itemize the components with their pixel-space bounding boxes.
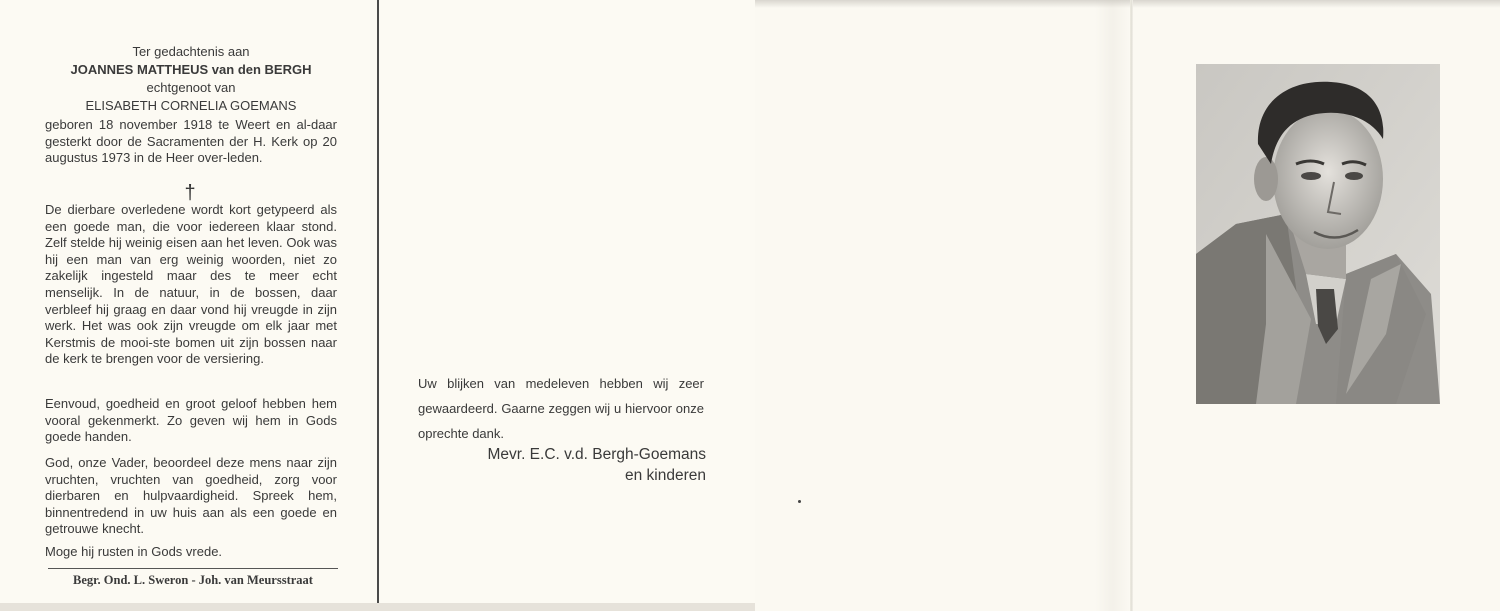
scan-edge-strip — [0, 603, 755, 611]
header-intro: Ter gedachtenis aan — [45, 43, 337, 61]
signature: Mevr. E.C. v.d. Bergh-Goemans en kindere… — [420, 444, 706, 486]
paper-fold — [1130, 0, 1133, 611]
printer-divider — [48, 568, 338, 569]
portrait-photo — [1196, 64, 1440, 404]
virtues-paragraph: Eenvoud, goedheid en groot geloof hebben… — [45, 396, 337, 446]
birth-death-paragraph: geboren 18 november 1918 te Weert en al-… — [45, 117, 337, 167]
thank-you-message: Uw blijken van medeleven hebben wij zeer… — [418, 371, 704, 446]
prayer-paragraph: God, onze Vader, beoordeel deze mens naa… — [45, 455, 337, 538]
memorial-header: Ter gedachtenis aan JOANNES MATTHEUS van… — [45, 43, 337, 115]
rest-in-peace-line: Moge hij rusten in Gods vrede. — [45, 544, 337, 561]
portrait-illustration — [1196, 64, 1440, 404]
signature-name: Mevr. E.C. v.d. Bergh-Goemans — [420, 444, 706, 465]
cross-icon: † — [178, 183, 202, 203]
paper-crease — [1095, 0, 1130, 611]
eulogy-paragraph: De dierbare overledene wordt kort getype… — [45, 202, 337, 368]
deceased-name: JOANNES MATTHEUS van den BERGH — [45, 61, 337, 79]
signature-family: en kinderen — [420, 465, 706, 486]
panel-divider-line — [377, 0, 379, 603]
header-relation: echtgenoot van — [45, 79, 337, 97]
spouse-name: ELISABETH CORNELIA GOEMANS — [45, 97, 337, 115]
paper-speck — [798, 500, 801, 503]
printer-credit: Begr. Ond. L. Sweron - Joh. van Meursstr… — [45, 573, 341, 588]
